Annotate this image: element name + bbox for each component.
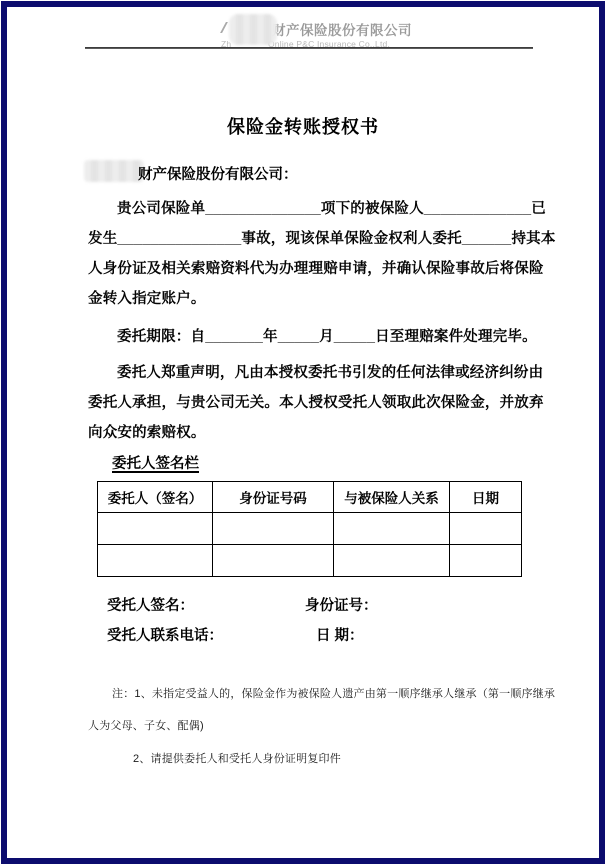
body-line: 委托人承担，与贵公司无关。本人授权受托人领取此次保险金，并放弃 <box>88 391 544 412</box>
body-line: 贵公司保险单______________项下的被保险人_____________… <box>117 197 546 218</box>
principal-signature-heading: 委托人签名栏 <box>112 452 199 473</box>
table-row <box>98 545 522 577</box>
table-row <box>98 513 522 545</box>
table-cell-empty <box>213 545 334 577</box>
body-line: 委托人郑重声明，凡由本授权委托书引发的任何法律或经济纠纷由 <box>117 361 543 382</box>
table-cell-empty <box>213 513 334 545</box>
salutation-redaction-blur <box>84 160 144 182</box>
trustee-id-label: 身份证号： <box>305 594 378 615</box>
table-header-id-number: 身份证号码 <box>213 482 334 513</box>
header-divider-line <box>85 47 533 49</box>
salutation-line: 财产保险股份有限公司： <box>138 163 298 184</box>
body-line: 金转入指定账户。 <box>88 287 206 308</box>
trustee-signature-label: 受托人签名： <box>107 594 194 615</box>
body-line: 向众安的索赔权。 <box>88 421 206 442</box>
trustee-date-label: 日 期： <box>316 624 364 645</box>
logo-redaction-blur <box>229 14 277 45</box>
table-cell-empty <box>98 545 213 577</box>
document-page: 财产保险股份有限公司 Zh Online P&C Insurance Co.,L… <box>0 0 606 865</box>
body-line: 人身份证及相关索赔资料代为办理理赔申请，并确认保险事故后将保险 <box>88 257 544 278</box>
body-line: 发生_______________事故，现该保单保险金权利人委托______持其… <box>88 227 556 248</box>
note-line: 2、请提供委托人和受托人身份证明复印件 <box>133 750 341 766</box>
company-logo-text-cn: 财产保险股份有限公司 <box>272 19 412 39</box>
table-header-row: 委托人（签名） 身份证号码 与被保险人关系 日期 <box>98 482 522 513</box>
table-header-date: 日期 <box>450 482 522 513</box>
note-line: 人为父母、子女、配偶) <box>88 717 204 733</box>
note-line: 注：1、未指定受益人的，保险金作为被保险人遗产由第一顺序继承人继承（第一顺序继承 <box>112 685 555 701</box>
entrust-term-line: 委托期限：自_______年_____月_____日至理赔案件处理完毕。 <box>117 325 537 346</box>
trustee-phone-label: 受托人联系电话： <box>107 624 223 645</box>
principal-signature-table: 委托人（签名） 身份证号码 与被保险人关系 日期 <box>97 481 522 577</box>
table-cell-empty <box>334 513 450 545</box>
table-header-relationship: 与被保险人关系 <box>334 482 450 513</box>
table-header-principal-sign: 委托人（签名） <box>98 482 213 513</box>
table-cell-empty <box>450 545 522 577</box>
table-cell-empty <box>98 513 213 545</box>
table-cell-empty <box>450 513 522 545</box>
table-cell-empty <box>334 545 450 577</box>
document-title: 保险金转账授权书 <box>0 113 606 139</box>
